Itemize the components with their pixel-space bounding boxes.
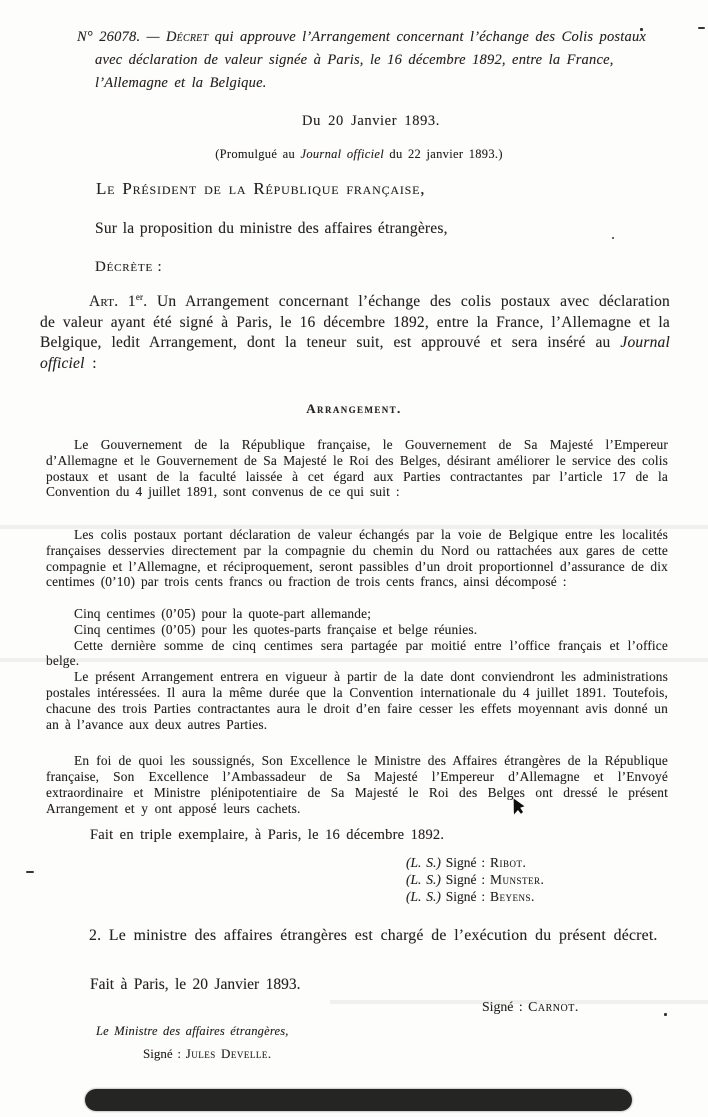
promulgation-pre: (Promulgué au <box>215 147 300 161</box>
arrangement-heading: Arrangement. <box>0 401 708 417</box>
scan-speck <box>664 1013 667 1016</box>
article-1-colon: : <box>85 355 97 372</box>
signe-label: Signé : <box>441 872 490 887</box>
signature-row: (L. S.) Signé : Beyens. <box>406 888 708 905</box>
carnot-name: Carnot <box>528 999 575 1014</box>
decree-number: N° 26078. — <box>77 29 166 45</box>
scan-speck <box>640 28 643 31</box>
seal-abbr: (L. S.) <box>406 855 441 870</box>
arrangement-paragraph-1: Le Gouvernement de la République françai… <box>46 437 668 516</box>
signe-label-develle: Signé : <box>143 1046 186 1061</box>
develle-name: Jules Develle <box>186 1046 268 1061</box>
arrangement-paragraph-7: En foi de quoi les soussignés, Son Excel… <box>46 753 668 819</box>
journal-officiel-italic: Journal officiel <box>300 147 384 161</box>
scan-speck <box>612 237 614 239</box>
signature-dot: . <box>523 855 526 870</box>
promulgation-post: du 22 janvier 1893.) <box>384 147 503 161</box>
scan-speck <box>698 27 705 29</box>
signature-dot: . <box>575 999 578 1014</box>
proposition-line: Sur la proposition du ministre des affai… <box>95 220 708 238</box>
fait-triple-line: Fait en triple exemplaire, à Paris, le 1… <box>90 827 708 844</box>
decree-header: N° 26078. — Décret qui approuve l’Arrang… <box>95 26 670 95</box>
signature-dot: . <box>268 1046 271 1061</box>
fait-paris-line: Fait à Paris, le 20 Janvier 1893. <box>90 976 708 994</box>
arrangement-paragraph-3: Cinq centimes (0’05) pour la quote-part … <box>46 606 668 622</box>
signature-block: (L. S.) Signé : Ribot. (L. S.) Signé : M… <box>406 854 708 905</box>
carnot-signature: Signé : Carnot. <box>482 999 708 1015</box>
article-1-paragraph: Art. 1er. Un Arrangement concernant l’éc… <box>40 292 670 374</box>
article-1-label: Art. 1 <box>89 293 136 310</box>
signatory-name-ribot: Ribot <box>490 855 523 870</box>
signature-row: (L. S.) Signé : Ribot. <box>406 854 708 871</box>
scan-speck <box>26 871 34 873</box>
signatory-name-munster: Munster <box>490 872 541 887</box>
decret-word: Décret <box>166 29 208 45</box>
article-2-number: 2. <box>89 927 101 944</box>
arrangement-paragraph-6: Le présent Arrangement entrera en vigueu… <box>46 669 668 748</box>
arrangement-paragraph-4: Cinq centimes (0’05) pour les quotes-par… <box>46 622 668 638</box>
signature-dot: . <box>541 872 544 887</box>
signatory-name-beyens: Beyens <box>490 889 531 904</box>
signature-row: (L. S.) Signé : Munster. <box>406 871 708 888</box>
article-2-text: Le ministre des affaires étrangères est … <box>101 927 657 944</box>
seal-abbr: (L. S.) <box>406 872 441 887</box>
decree-date-line: Du 20 Janvier 1893. <box>0 113 708 130</box>
decrete-line: Décrète : <box>95 259 708 276</box>
promulgation-line: (Promulgué au Journal officiel du 22 jan… <box>0 147 708 162</box>
page-scan: N° 26078. — Décret qui approuve l’Arrang… <box>0 0 708 1117</box>
signe-label-carnot: Signé : <box>482 999 528 1014</box>
arrangement-paragraph-5: Cette dernière somme de cinq centimes se… <box>46 638 668 670</box>
president-line: Le Président de la République française, <box>96 179 708 199</box>
develle-signature: Signé : Jules Develle. <box>143 1046 708 1062</box>
arrangement-paragraph-2: Les colis postaux portant déclaration de… <box>46 527 668 606</box>
signe-label: Signé : <box>441 855 490 870</box>
signature-dot: . <box>531 889 534 904</box>
article-2-paragraph: 2. Le ministre des affaires étrangères e… <box>40 925 670 969</box>
bottom-scan-bar <box>85 1089 632 1111</box>
signe-label: Signé : <box>441 889 490 904</box>
seal-abbr: (L. S.) <box>406 889 441 904</box>
minister-title-line: Le Ministre des affaires étrangères, <box>96 1024 708 1039</box>
